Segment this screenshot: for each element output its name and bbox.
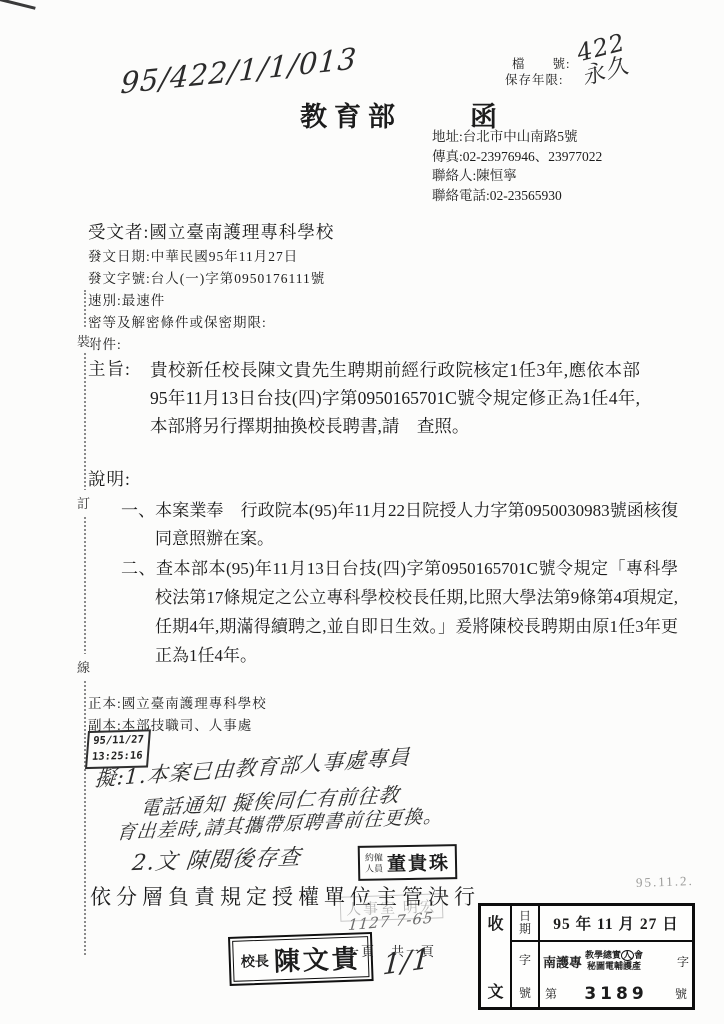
meta-speed: 速別:最速件 — [88, 290, 325, 312]
receive-zi-units-line1-pre: 教學總實 — [585, 950, 621, 960]
receive-stamp-left-column: 收 文 — [481, 906, 512, 1007]
explanation-item-2: 二、查本部本(95)年11月13日台技(四)字第0950165701C號令規定「… — [121, 554, 678, 670]
receive-zi-units-line1-post: 會 — [634, 950, 643, 960]
receive-zi-label: 字 — [519, 954, 531, 967]
hand-page-fraction: 1/1 — [382, 941, 432, 981]
clerk-stamp-title: 約僱 人員 — [365, 852, 383, 874]
subject-text: 貴校新任校長陳文貴先生聘期前經行政院核定1任3年,應依本部95年11月13日台技… — [150, 356, 640, 440]
receive-stamp-number-row: 號 第 3189 號 — [512, 980, 692, 1007]
meta-date: 發文日期:中華民國95年11月27日 — [88, 246, 325, 268]
receive-stamp-main: 日期 95 年 11 月 27 日 字 南護專 教學總實人會 秘圖電輔護產 字 — [512, 906, 692, 1007]
clerk-title-line2: 人員 — [365, 863, 383, 874]
president-stamp-title: 校長 — [240, 950, 269, 971]
datetime-stamp-date: 95/11/27 — [93, 733, 145, 750]
receive-zi-suffix: 字 — [677, 953, 689, 970]
binding-dotted-line — [84, 290, 86, 955]
explanation-item-1: 一、本案業奉 行政院本(95)年11月22日院授人力字第0950030983號函… — [121, 497, 678, 553]
receive-zi-units-line2: 秘圖電輔護產 — [587, 961, 641, 971]
info-line-phone: 聯絡電話:02-23565930 — [432, 186, 602, 206]
hand-note-line-4: 2.文 陳閱後存查 — [131, 840, 303, 877]
receive-no-prefix: 第 — [545, 985, 557, 1002]
clerk-name-stamp: 約僱 人員 董貴珠 — [358, 844, 458, 881]
receive-zi-units: 教學總實人會 秘圖電輔護產 — [585, 950, 643, 973]
info-line-contact: 聯絡人:陳恒寧 — [432, 166, 602, 186]
retention-label: 保存年限: — [505, 70, 563, 88]
info-line-fax: 傳真:02-23976946、23977022 — [432, 147, 602, 167]
subject-section: 主旨: 貴校新任校長陳文貴先生聘期前經行政院核定1任3年,應依本部95年11月1… — [88, 356, 640, 440]
scan-artifact — [0, 0, 36, 9]
explanation-label: 說明: — [88, 466, 131, 491]
subject-label: 主旨: — [88, 356, 150, 440]
clerk-stamp-name: 董貴珠 — [387, 848, 450, 876]
receive-stamp-zi-row: 字 南護專 教學總實人會 秘圖電輔護產 字 — [512, 942, 692, 980]
receive-zi-label-cell: 字 — [512, 942, 540, 980]
binding-mark-zhuang: 裝 — [77, 328, 90, 353]
document-page: 95/422/1/1/013 檔 號: 422 保存年限: 永久 教育部 函 地… — [0, 0, 724, 1024]
receive-no-content: 第 3189 號 — [540, 980, 692, 1007]
binding-mark-ding: 訂 — [77, 490, 90, 515]
clerk-title-line1: 約僱 — [365, 852, 383, 863]
recipient-line: 受文者:國立臺南護理專科學校 — [88, 219, 334, 244]
receive-stamp-shou: 收 — [487, 911, 503, 934]
receive-no-label: 號 — [519, 987, 531, 1000]
receive-stamp-wen: 文 — [487, 979, 503, 1002]
meta-doc-number: 發文字號:台人(一)字第0950176111號 — [88, 268, 325, 290]
binding-mark-xian: 線 — [77, 654, 90, 679]
receive-stamp-date-row: 日期 95 年 11 月 27 日 — [512, 906, 692, 942]
meta-security: 密等及解密條件或保密期限: — [88, 312, 325, 334]
copy-original: 正本:國立臺南護理專科學校 — [88, 693, 267, 715]
info-line-address: 地址:台北市中山南路5號 — [432, 127, 602, 147]
sender-info-block: 地址:台北市中山南路5號 傳真:02-23976946、23977022 聯絡人… — [432, 127, 602, 205]
receive-date-label-cell: 日期 — [512, 906, 540, 940]
receive-zi-content: 南護專 教學總實人會 秘圖電輔護產 字 — [540, 942, 692, 980]
faint-handwritten-date: 95.11.2. — [636, 873, 694, 891]
receive-zi-circled-char: 人 — [621, 950, 634, 961]
receive-no-suffix: 號 — [675, 985, 687, 1002]
receive-zi-prefix: 南護專 — [543, 952, 582, 971]
receive-date-label: 日期 — [518, 910, 532, 936]
receive-date-value: 95 年 11 月 27 日 — [540, 906, 692, 940]
receive-no-value: 3189 — [584, 984, 647, 1004]
receive-no-label-cell: 號 — [512, 980, 540, 1007]
meta-block: 發文日期:中華民國95年11月27日 發文字號:台人(一)字第095017611… — [88, 246, 325, 356]
receive-stamp: 收 文 日期 95 年 11 月 27 日 字 南護專 教學總實人會 — [478, 903, 695, 1010]
meta-attachment: 附件: — [88, 334, 325, 356]
handwritten-reference: 95/422/1/1/013 — [120, 41, 359, 100]
